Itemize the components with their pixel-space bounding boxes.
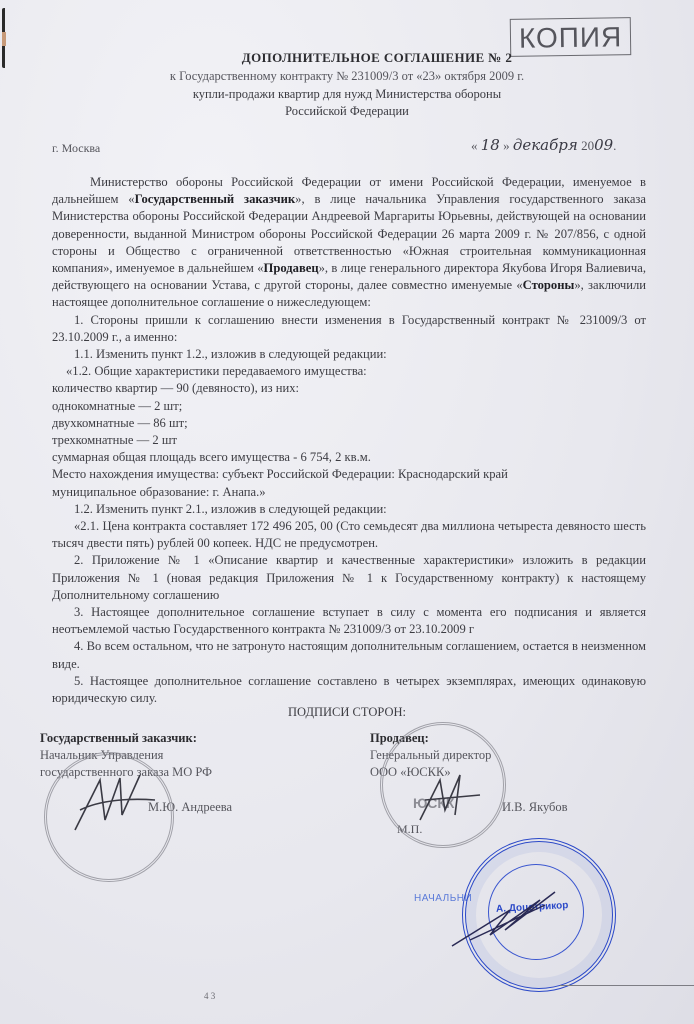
blue-seal-signature-scribble-icon (450, 880, 560, 950)
document-date: « 18 » декабря 2009. (471, 136, 616, 154)
date-year-prefix: 20 (581, 138, 594, 153)
subtitle-line-3: Российской Федерации (0, 104, 694, 119)
clause-1: 1. Стороны пришли к соглашению внести из… (52, 312, 646, 346)
clause-2: 2. Приложение № 1 «Описание квартир и ка… (52, 552, 646, 604)
customer-heading: Государственный заказчик: (40, 730, 212, 747)
customer-term: Государственный заказчик (135, 192, 296, 206)
seller-signature-scribble-icon (415, 770, 485, 830)
date-month: декабря (513, 136, 578, 154)
seller-term: Продавец (264, 261, 319, 275)
date-trail: . (613, 138, 616, 153)
document-page: КОПИЯ ДОПОЛНИТЕЛЬНОЕ СОГЛАШЕНИЕ № 2 к Го… (0, 0, 694, 1024)
document-body: Министерство обороны Российской Федераци… (52, 174, 646, 707)
three-room-count: трехкомнатные — 2 шт (52, 432, 646, 449)
clause-1-1: 1.1. Изменить пункт 1.2., изложив в след… (52, 346, 646, 363)
city: г. Москва (52, 141, 100, 156)
page-mark: 4 3 (204, 991, 215, 1001)
clause-1-2-heading: «1.2. Общие характеристики передаваемого… (52, 363, 646, 380)
property-location: Место нахождения имущества: субъект Росс… (52, 466, 646, 483)
clause-3: 3. Настоящее дополнительное соглашение в… (52, 604, 646, 638)
municipality: муниципальное образование: г. Анапа.» (52, 484, 646, 501)
clause-4: 4. Во всем остальном, что не затронуто н… (52, 638, 646, 672)
apartments-total: количество квартир — 90 (девяносто), из … (52, 380, 646, 397)
parties-term: Стороны (523, 278, 575, 292)
two-room-count: двухкомнатные — 86 шт; (52, 415, 646, 432)
binder-clip-icon (2, 8, 13, 68)
subtitle-line-1: к Государственному контракту № 231009/3 … (0, 69, 694, 84)
subtitle-line-2: купли-продажи квартир для нужд Министерс… (0, 87, 694, 102)
clause-1-2: 1.2. Изменить пункт 2.1., изложив в след… (52, 501, 646, 518)
date-day: 18 (481, 136, 500, 154)
page-edge-line (560, 985, 694, 986)
preamble: Министерство обороны Российской Федераци… (52, 174, 646, 312)
signatures-title: ПОДПИСИ СТОРОН: (0, 705, 694, 720)
date-open-quote: « (471, 138, 478, 153)
seller-signatory-name: И.В. Якубов (502, 800, 568, 815)
date-year-suffix: 09 (594, 136, 613, 154)
clause-5: 5. Настоящее дополнительное соглашение с… (52, 673, 646, 707)
document-title: ДОПОЛНИТЕЛЬНОЕ СОГЛАШЕНИЕ № 2 (30, 50, 694, 66)
date-close-quote: » (503, 138, 510, 153)
one-room-count: однокомнатные — 2 шт; (52, 398, 646, 415)
total-area: суммарная общая площадь всего имущества … (52, 449, 646, 466)
customer-signature-scribble-icon (70, 770, 160, 840)
clause-2-1: «2.1. Цена контракта составляет 172 496 … (52, 518, 646, 552)
